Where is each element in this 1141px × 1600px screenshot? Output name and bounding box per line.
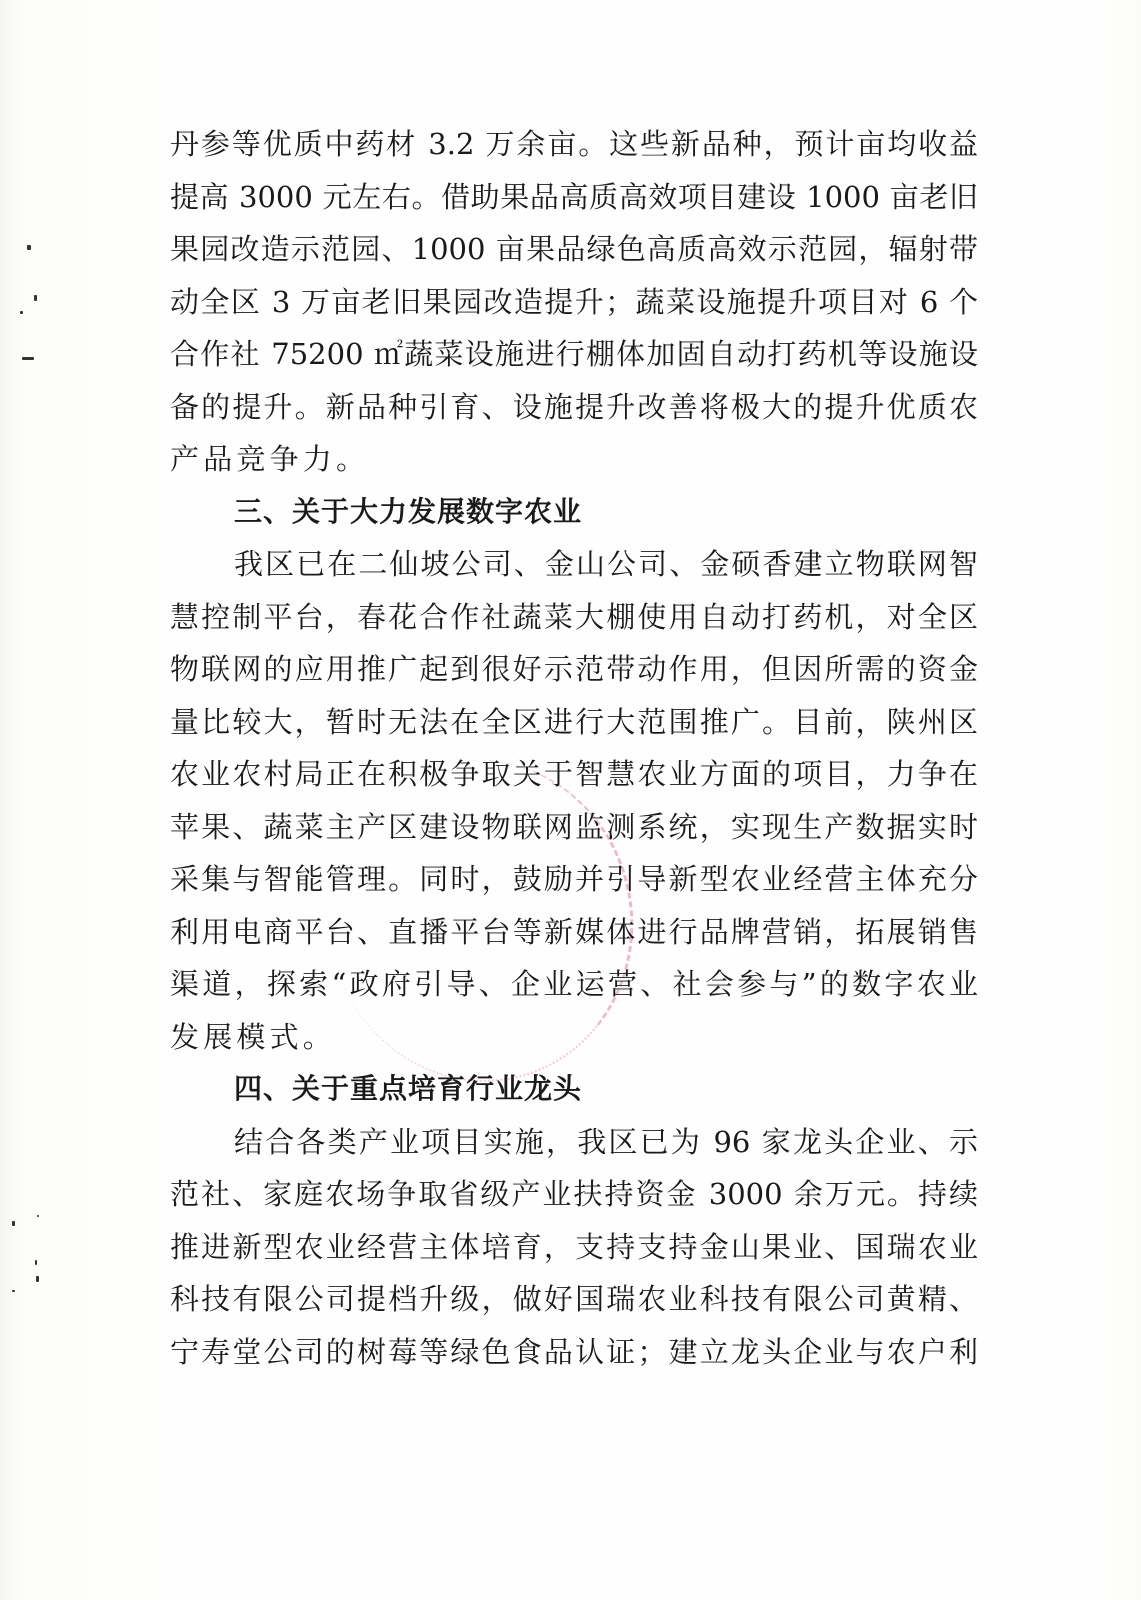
text-line: 果园改造示范园、1000 亩果品绿色高质高效示范园，辐射带: [170, 223, 978, 276]
text-line: 渠道，探索“政府引导、企业运营、社会参与”的数字农业: [170, 958, 978, 1011]
paragraph-industry-leaders: 结合各类产业项目实施，我区已为 96 家龙头企业、示 范社、家庭农场争取省级产业…: [170, 1116, 978, 1379]
text-line: 采集与智能管理。同时，鼓励并引导新型农业经营主体充分: [170, 853, 978, 906]
scan-speck: [22, 357, 34, 360]
text-line: 备的提升。新品种引育、设施提升改善将极大的提升优质农: [170, 381, 978, 434]
scan-speck: [36, 1276, 39, 1282]
text-line: 宁寿堂公司的树莓等绿色食品认证；建立龙头企业与农户利: [170, 1326, 978, 1379]
scan-speck: [27, 245, 31, 250]
text-line: 科技有限公司提档升级，做好国瑞农业科技有限公司黄精、: [170, 1273, 978, 1326]
text-line: 推进新型农业经营主体培育，支持支持金山果业、国瑞农业: [170, 1221, 978, 1274]
text-line: 利用电商平台、直播平台等新媒体进行品牌营销，拓展销售: [170, 906, 978, 959]
text-line: 丹参等优质中药材 3.2 万余亩。这些新品种，预计亩均收益: [170, 118, 978, 171]
text-line: 范社、家庭农场争取省级产业扶持资金 3000 余万元。持续: [170, 1168, 978, 1221]
scan-speck: [35, 1260, 37, 1265]
scan-speck: [12, 1221, 15, 1226]
scanned-page: 丹参等优质中药材 3.2 万余亩。这些新品种，预计亩均收益 提高 3000 元左…: [0, 0, 1141, 1600]
text-line: 结合各类产业项目实施，我区已为 96 家龙头企业、示: [170, 1116, 978, 1169]
document-body: 丹参等优质中药材 3.2 万余亩。这些新品种，预计亩均收益 提高 3000 元左…: [170, 118, 978, 1378]
text-line: 苹果、蔬菜主产区建设物联网监测系统，实现生产数据实时: [170, 801, 978, 854]
text-line: 提高 3000 元左右。借助果品高质高效项目建设 1000 亩老旧: [170, 171, 978, 224]
scan-speck: [20, 311, 23, 314]
scan-speck: [37, 1215, 39, 1217]
text-line: 我区已在二仙坡公司、金山公司、金硕香建立物联网智: [170, 538, 978, 591]
section-heading-industry-leaders: 四、关于重点培育行业龙头: [170, 1063, 978, 1116]
section-heading-digital-agriculture: 三、关于大力发展数字农业: [170, 486, 978, 539]
text-line: 农业农村局正在积极争取关于智慧农业方面的项目，力争在: [170, 748, 978, 801]
text-line: 合作社 75200 ㎡蔬菜设施进行棚体加固自动打药机等设施设: [170, 328, 978, 381]
text-line: 发展模式。: [170, 1011, 978, 1064]
scan-speck: [34, 295, 37, 301]
text-line: 动全区 3 万亩老旧果园改造提升；蔬菜设施提升项目对 6 个: [170, 276, 978, 329]
paragraph-digital-agriculture: 我区已在二仙坡公司、金山公司、金硕香建立物联网智 慧控制平台，春花合作社蔬菜大棚…: [170, 538, 978, 1063]
text-line: 慧控制平台，春花合作社蔬菜大棚使用自动打药机，对全区: [170, 591, 978, 644]
paragraph-medicinal-herbs: 丹参等优质中药材 3.2 万余亩。这些新品种，预计亩均收益 提高 3000 元左…: [170, 118, 978, 486]
scan-speck: [12, 1290, 15, 1292]
text-line: 产品竞争力。: [170, 433, 978, 486]
text-line: 物联网的应用推广起到很好示范带动作用，但因所需的资金: [170, 643, 978, 696]
text-line: 量比较大，暂时无法在全区进行大范围推广。目前，陕州区: [170, 696, 978, 749]
